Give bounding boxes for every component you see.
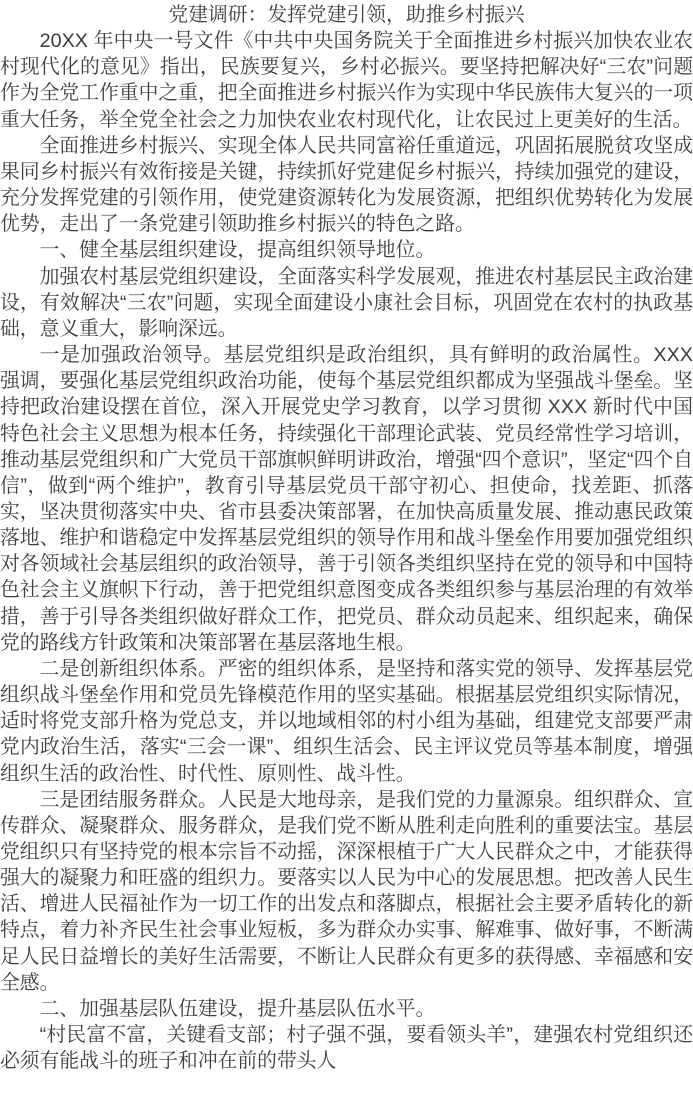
paragraph: 全面推进乡村振兴、实现全体人民共同富裕任重道远，巩固拓展脱贫攻坚成果同乡村振兴有…: [0, 133, 693, 238]
section-heading: 二、加强基层队伍建设，提升基层队伍水平。: [0, 996, 693, 1022]
paragraph: 20XX 年中央一号文件《中共中央国务院关于全面推进乡村振兴加快农业农村现代化的…: [0, 28, 693, 133]
paragraph: 二是创新组织体系。严密的组织体系，是坚持和落实党的领导、发挥基层党组织战斗堡垒作…: [0, 656, 693, 787]
document-body: 20XX 年中央一号文件《中共中央国务院关于全面推进乡村振兴加快农业农村现代化的…: [0, 28, 693, 1074]
paragraph: 加强农村基层党组织建设，全面落实科学发展观，推进农村基层民主政治建设，有效解决“…: [0, 264, 693, 342]
paragraph: 三是团结服务群众。人民是大地母亲，是我们党的力量源泉。组织群众、宣传群众、凝聚群…: [0, 787, 693, 996]
section-heading: 一、健全基层组织建设，提高组织领导地位。: [0, 237, 693, 263]
document-title: 党建调研：发挥党建引领，助推乡村振兴: [0, 2, 693, 28]
paragraph: 一是加强政治领导。基层党组织是政治组织，具有鲜明的政治属性。XXX 强调，要强化…: [0, 342, 693, 656]
paragraph: “村民富不富，关键看支部；村子强不强，要看领头羊”，建强农村党组织还必须有能战斗…: [0, 1022, 693, 1074]
document-page: 党建调研：发挥党建引领，助推乡村振兴 20XX 年中央一号文件《中共中央国务院关…: [0, 0, 693, 1097]
